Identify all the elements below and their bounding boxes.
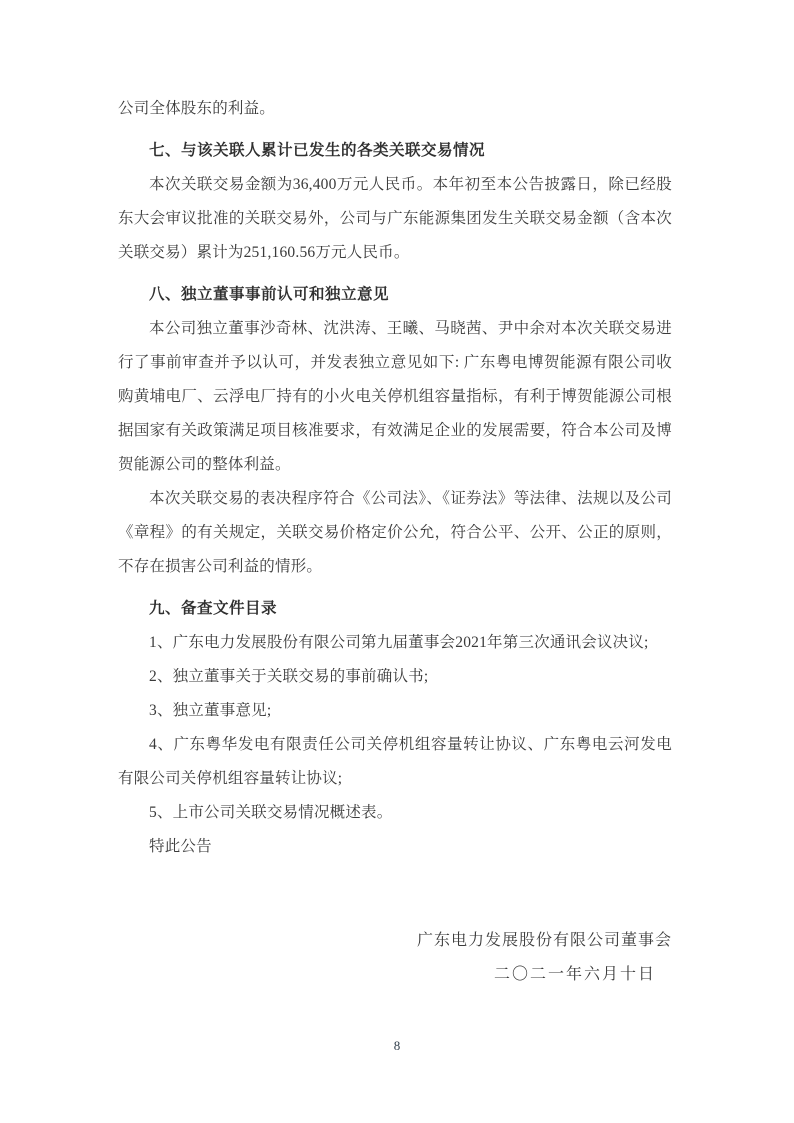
- checklist-item-4: 4、广东粤华发电有限责任公司关停机组容量转让协议、广东粤电云河发电有限公司关停机…: [118, 728, 672, 796]
- section-7-paragraph: 本次关联交易金额为36,400万元人民币。本年初至本公告披露日，除已经股东大会审…: [118, 168, 672, 270]
- section-8-paragraph-2: 本次关联交易的表决程序符合《公司法》、《证券法》等法律、法规以及公司《章程》的有…: [118, 482, 672, 584]
- checklist-item-5: 5、上市公司关联交易情况概述表。: [118, 796, 672, 830]
- checklist-item-1: 1、广东电力发展股份有限公司第九届董事会2021年第三次通讯会议决议;: [118, 626, 672, 660]
- document-page: 公司全体股东的利益。 七、与该关联人累计已发生的各类关联交易情况 本次关联交易金…: [0, 0, 794, 1123]
- page-number: 8: [0, 1038, 794, 1054]
- intro-paragraph-fragment: 公司全体股东的利益。: [118, 92, 672, 126]
- checklist-item-2: 2、独立董事关于关联交易的事前确认书;: [118, 660, 672, 694]
- checklist-item-3: 3、独立董事意见;: [118, 694, 672, 728]
- signature-company: 广东电力发展股份有限公司董事会: [118, 924, 672, 958]
- signature-block: 广东电力发展股份有限公司董事会 二〇二一年六月十日: [118, 924, 672, 992]
- section-heading-7: 七、与该关联人累计已发生的各类关联交易情况: [118, 134, 672, 168]
- section-heading-8: 八、独立董事事前认可和独立意见: [118, 278, 672, 312]
- section-heading-9: 九、备查文件目录: [118, 592, 672, 626]
- signature-date: 二〇二一年六月十日: [118, 958, 672, 992]
- section-8-paragraph-1: 本公司独立董事沙奇林、沈洪涛、王曦、马晓茜、尹中余对本次关联交易进行了事前审查并…: [118, 312, 672, 482]
- closing-statement: 特此公告: [118, 830, 672, 864]
